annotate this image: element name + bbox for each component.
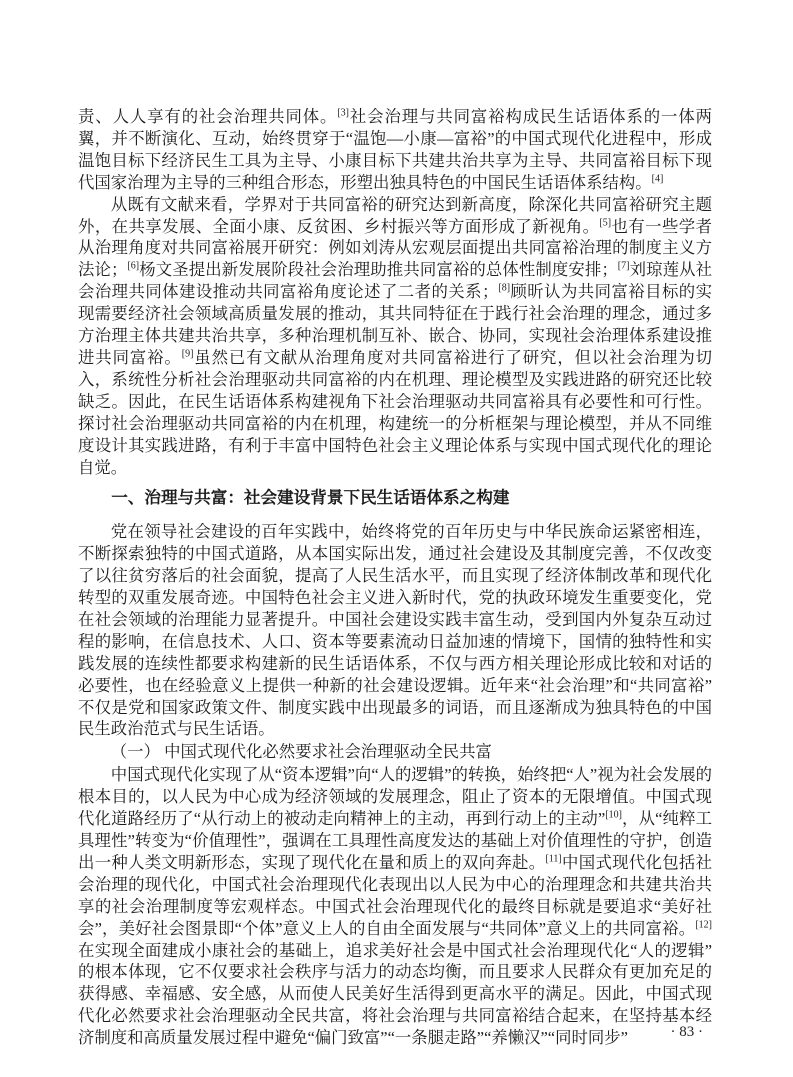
paragraph: 中国式现代化实现了从“资本逻辑”向“人的逻辑”的转换，始终把“人”视为社会发展的… bbox=[78, 764, 712, 1049]
footnote-ref: [10] bbox=[605, 810, 622, 821]
footnote-ref: [9] bbox=[182, 349, 194, 360]
paper-page: 责、人人享有的社会治理共同体。[3]社会治理与共同富裕构成民生话语体系的一体两翼… bbox=[0, 0, 793, 1077]
footnote-ref: [4] bbox=[652, 173, 664, 184]
footnote-ref: [3] bbox=[337, 108, 349, 119]
paragraph: 责、人人享有的社会治理共同体。[3]社会治理与共同富裕构成民生话语体系的一体两翼… bbox=[78, 106, 712, 194]
paragraph: 从既有文献来看，学界对于共同富裕的研究达到新高度，除深化共同富裕研究主题外，在共… bbox=[78, 194, 712, 479]
footnote-ref: [7] bbox=[618, 261, 630, 272]
article-body: 责、人人享有的社会治理共同体。[3]社会治理与共同富裕构成民生话语体系的一体两翼… bbox=[78, 106, 712, 1049]
footnote-ref: [6] bbox=[127, 261, 139, 272]
footnote-ref: [5] bbox=[599, 217, 611, 228]
paragraph: 党在领导社会建设的百年实践中，始终将党的百年历史与中华民族命运紧密相连，不断探索… bbox=[78, 521, 712, 740]
subsection-heading: （一） 中国式现代化必然要求社会治理驱动全民共富 bbox=[78, 741, 712, 763]
footnote-ref: [8] bbox=[498, 283, 510, 294]
footnote-ref: [12] bbox=[695, 919, 712, 930]
section-heading: 一、治理与共富：社会建设背景下民生话语体系之构建 bbox=[78, 487, 712, 509]
footnote-ref: [11] bbox=[545, 853, 561, 864]
page-number: · 83 · bbox=[671, 1023, 704, 1041]
